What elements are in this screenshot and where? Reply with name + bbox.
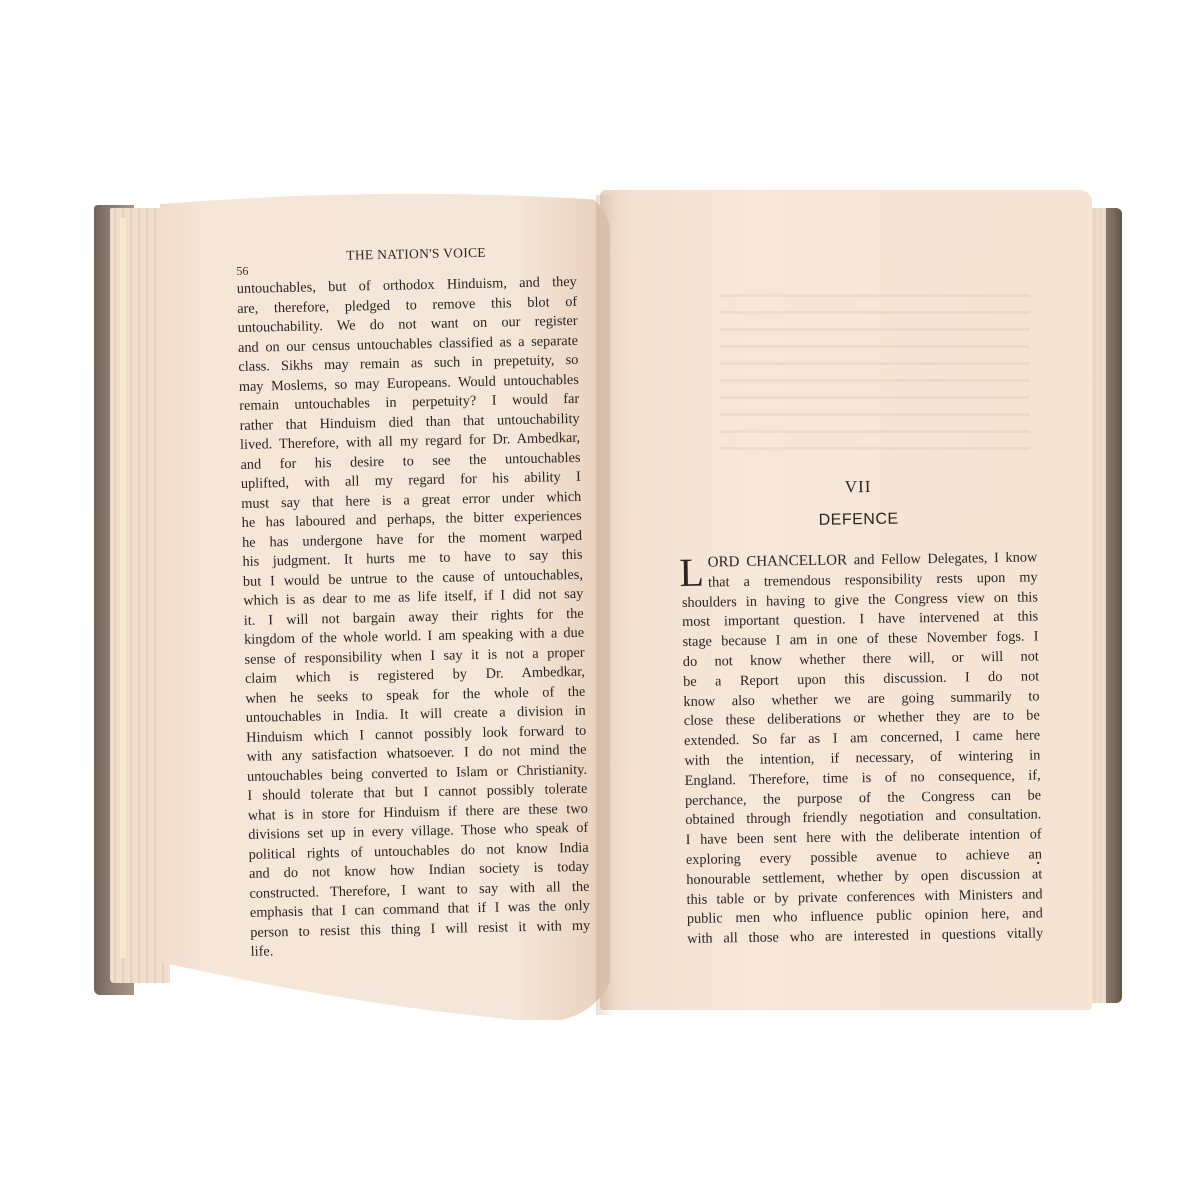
opening-rest: and Fellow Delegates, I know [854, 549, 1038, 568]
stray-ink-mark: . [1036, 848, 1041, 869]
show-through-text [720, 280, 1030, 460]
drop-cap: L [679, 556, 704, 590]
chapter-number: VII [680, 474, 1036, 500]
smallcaps-opening: ORD CHANCELLOR [708, 552, 848, 570]
left-page-body: untouchables, but of orthodox Hinduism, … [237, 273, 591, 962]
right-page-content: VII DEFENCE L ORD CHANCELLOR and Fellow … [680, 474, 1043, 949]
gilt-edge [120, 218, 126, 958]
left-page-content: 56 THE NATION'S VOICE untouchables, but … [236, 243, 591, 962]
page-number: 56 [236, 264, 248, 279]
book-gutter [596, 195, 614, 1015]
right-page-body: L ORD CHANCELLOR and Fellow Delegates, I… [681, 548, 1043, 949]
open-book-photo: 56 THE NATION'S VOICE untouchables, but … [0, 0, 1200, 1200]
chapter-title: DEFENCE [681, 508, 1037, 532]
